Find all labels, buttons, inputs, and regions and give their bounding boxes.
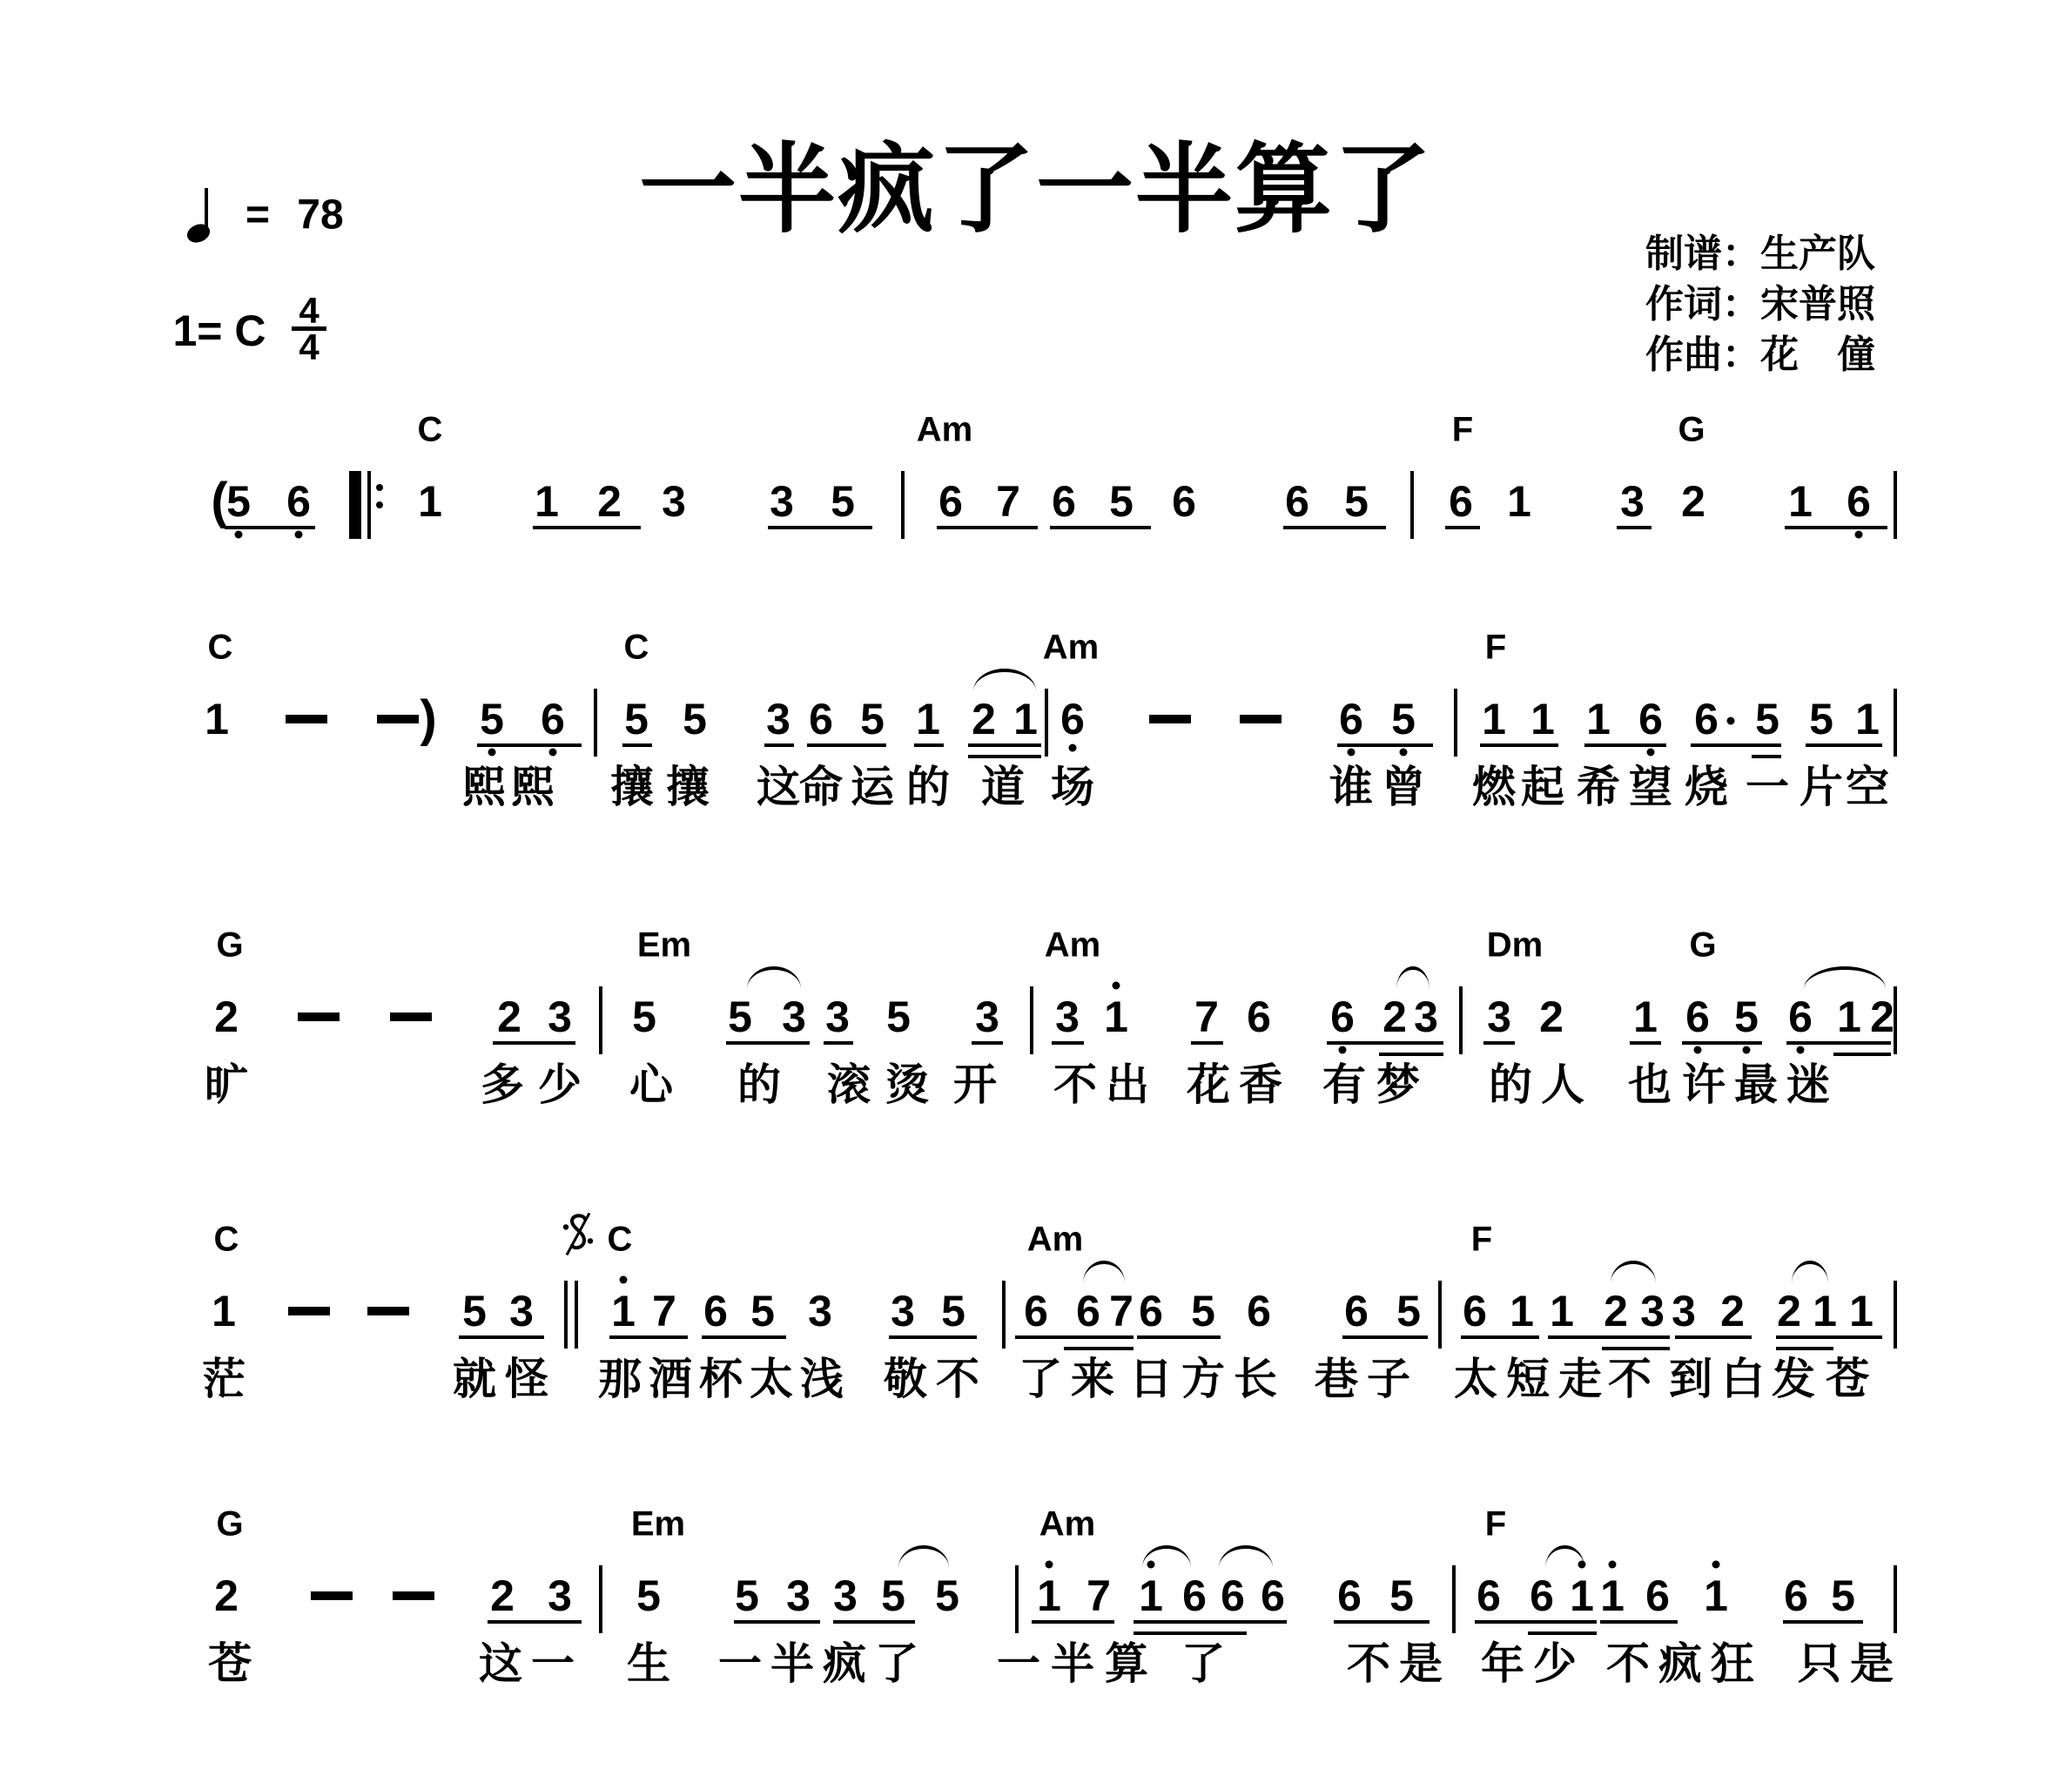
system-1-note-6: 6 <box>1847 480 1871 523</box>
system-5-lyric-char: 年 <box>1481 1642 1524 1685</box>
time-signature-bottom: 4 <box>299 326 319 368</box>
system-2-augmentation-dot <box>1727 717 1735 725</box>
system-5-lyric-char: 是 <box>1850 1642 1894 1685</box>
system-3-lyric-char: 烫 <box>885 1063 929 1107</box>
system-1-beam-underline <box>768 526 872 529</box>
system-3-note-3: 3 <box>1487 995 1511 1039</box>
system-3-note-2: 2 <box>1539 995 1564 1039</box>
system-2-lyric-char: 攘 <box>610 765 654 809</box>
system-4-note-2: 2 <box>1720 1289 1745 1333</box>
system-1-note-3: 3 <box>770 480 794 523</box>
system-4-lyric-char: 来 <box>1071 1357 1114 1401</box>
system-5-chord-Em: Em <box>631 1505 685 1544</box>
system-3-beam-underline <box>1833 1053 1891 1056</box>
system-3-dash <box>390 1012 432 1021</box>
system-2-dash <box>1240 715 1282 723</box>
system-2-beam-underline <box>622 743 652 747</box>
system-2-note-3: 3 <box>766 697 790 741</box>
system-5-chord-Am: Am <box>1039 1505 1095 1544</box>
system-4-beam-underline <box>1675 1335 1752 1339</box>
system-5-octave-dot-high <box>1712 1561 1720 1569</box>
system-2-chord-F: F <box>1485 629 1506 668</box>
system-4-note-7: 7 <box>1109 1289 1134 1333</box>
system-2-beam-underline <box>1691 743 1781 747</box>
system-4-lyric-char: 怪 <box>505 1357 548 1401</box>
system-2-lyric-char: 的 <box>906 765 950 809</box>
system-2-beam-underline <box>807 743 886 747</box>
system-3-tie-arc <box>1804 966 1886 989</box>
system-5-lyric-char: 只 <box>1798 1642 1841 1685</box>
system-2-lyric-char: 熙 <box>511 765 555 809</box>
system-5-dash <box>393 1591 434 1600</box>
system-4-note-1: 1 <box>1510 1289 1534 1333</box>
system-3-note-5: 5 <box>886 995 911 1039</box>
system-3-note-6: 6 <box>1685 995 1710 1039</box>
system-3-lyric-char: 的 <box>1489 1063 1532 1107</box>
system-2-paren: ) <box>420 694 436 744</box>
system-2-beam-underline <box>477 743 582 747</box>
system-2-lyric-char: 燃 <box>1472 765 1516 809</box>
system-3-note-3: 3 <box>825 995 850 1039</box>
system-2-beam-underline <box>1752 755 1781 758</box>
system-4-note-2: 2 <box>1604 1289 1628 1333</box>
system-2-note-5: 5 <box>860 697 885 741</box>
system-4-chord-C: C <box>608 1221 633 1260</box>
system-2-lyric-char: 攘 <box>666 765 710 809</box>
system-1-barline <box>1410 471 1414 539</box>
system-5-lyric-char: 苍 <box>208 1642 252 1685</box>
system-2-lyric-char: 这 <box>757 765 800 809</box>
system-5-note-1: 1 <box>1139 1574 1163 1618</box>
system-4-tie-arc <box>1792 1261 1828 1283</box>
system-5-chord-G: G <box>216 1505 243 1544</box>
system-4-beam-underline <box>702 1335 786 1339</box>
system-1-beam-underline <box>937 526 1038 529</box>
system-4-beam-underline <box>1776 1335 1882 1339</box>
system-1-beam-underline <box>1283 526 1386 529</box>
system-5-note-6: 6 <box>1784 1574 1808 1618</box>
system-2-chord-Am: Am <box>1043 629 1099 668</box>
system-3-lyric-char: 花 <box>1187 1063 1230 1107</box>
system-4-lyric-char: 敬 <box>884 1357 927 1401</box>
system-3-chord-G: G <box>216 926 243 965</box>
system-3-beam-underline <box>1052 1041 1084 1045</box>
system-5-lyric-char: 狂 <box>1711 1642 1754 1685</box>
system-4-lyric-char: 日 <box>1129 1357 1173 1401</box>
system-4-note-5: 5 <box>1396 1289 1421 1333</box>
system-4-double-barline <box>564 1281 568 1349</box>
system-3-chord-G: G <box>1689 926 1716 965</box>
system-4-note-3: 3 <box>891 1289 915 1333</box>
system-2-lyric-char: 道 <box>981 765 1025 809</box>
system-3-note-2: 2 <box>497 995 521 1039</box>
system-1-beam-underline <box>1617 526 1652 529</box>
system-2-note-5: 5 <box>624 697 649 741</box>
system-3-chord-Dm: Dm <box>1487 926 1543 965</box>
system-2-octave-dot-low <box>1348 749 1356 757</box>
system-5-lyric-char: 半 <box>1051 1642 1094 1685</box>
system-4-barline <box>1894 1281 1897 1349</box>
system-2-note-6: 6 <box>1339 697 1363 741</box>
system-3-note-6: 6 <box>1788 995 1813 1039</box>
system-3-beam-underline <box>1483 1041 1515 1045</box>
system-3-octave-dot-high <box>1113 982 1120 990</box>
system-2-note-1: 1 <box>916 697 940 741</box>
system-2-beam-underline <box>914 743 944 747</box>
system-5-chord-F: F <box>1485 1505 1506 1544</box>
system-4-lyric-char: 到 <box>1669 1357 1712 1401</box>
system-2-note-6: 6 <box>1060 697 1085 741</box>
system-4-beam-underline <box>1342 1335 1428 1339</box>
system-2-note-5: 5 <box>683 697 707 741</box>
system-5-lyric-char: 了 <box>1181 1642 1225 1685</box>
system-5-dash <box>311 1591 353 1600</box>
system-5-beam-underline <box>1334 1620 1430 1624</box>
system-2-octave-dot-low <box>1069 744 1077 752</box>
credit-composer: 作曲：花 僮 <box>1645 336 1875 374</box>
system-4-lyric-char: 太 <box>750 1357 793 1401</box>
system-2-note-1: 1 <box>1013 697 1038 741</box>
system-4-lyric-char: 不 <box>936 1357 979 1401</box>
system-3-tie-arc <box>747 966 801 989</box>
system-1-note-2: 2 <box>1681 480 1705 523</box>
system-3-lyric-char: 多 <box>481 1063 524 1107</box>
system-1-barline <box>1894 471 1897 539</box>
system-3-note-3: 3 <box>1055 995 1080 1039</box>
system-1-repeat-dot <box>376 484 383 491</box>
system-3-lyric-char: 迷 <box>1786 1063 1830 1107</box>
system-3-lyric-char: 有 <box>1322 1063 1366 1107</box>
system-2-beam-underline <box>968 755 1041 758</box>
system-1-note-6: 6 <box>1285 480 1309 523</box>
system-4-note-5: 5 <box>1191 1289 1215 1333</box>
system-4-lyric-char: 酒 <box>649 1357 692 1401</box>
system-3-chord-Em: Em <box>637 926 691 965</box>
system-4-beam-underline <box>1548 1335 1670 1339</box>
system-2-lyric-char: 希 <box>1577 765 1620 809</box>
credit-lyricist: 作词：宋普照 <box>1645 286 1875 324</box>
system-2-note-1: 1 <box>1482 697 1506 741</box>
system-3-barline <box>1459 986 1463 1054</box>
system-4-beam-underline <box>1137 1335 1221 1339</box>
system-5-lyric-char: 这 <box>479 1642 522 1685</box>
system-4-note-5: 5 <box>941 1289 965 1333</box>
system-2-beam-underline <box>1337 743 1433 747</box>
system-1-beam-underline <box>1445 526 1480 529</box>
system-1-chord-F: F <box>1452 411 1473 450</box>
system-5-lyric-char: 少 <box>1533 1642 1577 1685</box>
system-3-barline <box>599 986 602 1054</box>
system-4-note-1: 1 <box>1813 1289 1837 1333</box>
system-2-beam-underline <box>1806 743 1882 747</box>
system-2-note-6: 6 <box>541 697 565 741</box>
system-5-lyric-char: 是 <box>1399 1642 1443 1685</box>
system-5-lyric-char: 生 <box>627 1642 670 1685</box>
system-3-lyric-char: 心 <box>629 1063 673 1107</box>
system-4-chord-F: F <box>1471 1221 1492 1260</box>
system-3-lyric-char: 香 <box>1239 1063 1282 1107</box>
system-3-barline <box>1894 986 1897 1054</box>
system-3-lyric-char: 许 <box>1682 1063 1726 1107</box>
system-4-lyric-char: 杯 <box>699 1357 743 1401</box>
system-5-lyric-char: 了 <box>875 1642 918 1685</box>
system-1-repeat-thick-bar <box>349 471 361 539</box>
system-2-dash <box>286 715 327 723</box>
system-5-barline <box>1452 1565 1456 1633</box>
system-2-barline <box>1454 689 1457 757</box>
system-5-lyric-char: 疯 <box>823 1642 866 1685</box>
system-4-note-3: 3 <box>509 1289 534 1333</box>
system-4-note-6: 6 <box>1463 1289 1487 1333</box>
credit-arranger: 制谱：生产队 <box>1645 235 1875 273</box>
system-4-lyric-char: 了 <box>1019 1357 1062 1401</box>
system-1-note-5: 5 <box>1344 480 1369 523</box>
system-2-lyric-char: 熙 <box>462 765 506 809</box>
system-3-note-2: 2 <box>1382 995 1407 1039</box>
system-3-beam-underline <box>1682 1041 1762 1045</box>
system-3-note-5: 5 <box>728 995 752 1039</box>
system-4-lyric-char: 走 <box>1558 1357 1602 1401</box>
system-2-note-6: 6 <box>809 697 833 741</box>
system-3-beam-underline <box>493 1041 575 1045</box>
system-3-dash <box>298 1012 340 1021</box>
system-5-tie-arc <box>1219 1545 1273 1568</box>
system-2-barline <box>594 689 597 757</box>
system-3-note-5: 5 <box>632 995 656 1039</box>
system-3-lyric-char: 滚 <box>827 1063 871 1107</box>
system-2-chord-C: C <box>208 629 233 668</box>
system-3-lyric-char: 开 <box>953 1063 997 1107</box>
system-3-octave-dot-low <box>1694 1046 1702 1054</box>
system-1-note-1: 1 <box>535 480 559 523</box>
system-1-octave-dot-low <box>235 531 243 539</box>
system-4-lyric-char: 茫 <box>202 1357 246 1401</box>
system-4-note-6: 6 <box>1247 1289 1271 1333</box>
system-3-lyric-char: 出 <box>1106 1063 1149 1107</box>
system-4-beam-underline <box>1776 1347 1833 1350</box>
system-5-beam-underline <box>1528 1631 1597 1635</box>
system-2-octave-dot-low <box>488 749 496 757</box>
tempo-bpm: 78 <box>297 192 343 239</box>
system-4-lyric-char: 就 <box>453 1357 496 1401</box>
system-5-note-5: 5 <box>935 1574 959 1618</box>
system-5-note-1: 1 <box>1704 1574 1728 1618</box>
system-5-octave-dot-high <box>1609 1561 1617 1569</box>
system-4-note-6: 6 <box>1076 1289 1100 1333</box>
system-5-lyric-char: 不 <box>1606 1642 1650 1685</box>
system-3-lyric-char: 不 <box>1053 1063 1097 1107</box>
system-1-beam-underline <box>1050 526 1151 529</box>
system-5-lyric-char: 疯 <box>1658 1642 1702 1685</box>
system-3-note-1: 1 <box>1837 995 1861 1039</box>
system-2-lyric-char: 一 <box>1746 765 1789 809</box>
system-4-chord-C: C <box>214 1221 239 1260</box>
system-2-note-5: 5 <box>1391 697 1416 741</box>
system-3-note-3: 3 <box>975 995 999 1039</box>
system-1-chord-C: C <box>418 411 443 450</box>
system-2-octave-dot-low <box>1647 749 1655 757</box>
system-2-beam-underline <box>968 743 1041 747</box>
system-1-note-6: 6 <box>938 480 963 523</box>
system-2-lyric-char: 运 <box>851 765 894 809</box>
system-3-lyric-char: 最 <box>1734 1063 1778 1107</box>
system-1-note-3: 3 <box>1620 480 1645 523</box>
system-5-lyric-char: 一 <box>531 1642 575 1685</box>
system-1-barline <box>901 471 905 539</box>
system-3-beam-underline <box>726 1041 810 1045</box>
system-4-segno-icon <box>562 1212 595 1261</box>
system-4-barline <box>1002 1281 1006 1349</box>
system-5-note-7: 7 <box>1086 1574 1111 1618</box>
system-1-beam-underline <box>225 526 315 529</box>
system-5-note-1: 1 <box>1600 1574 1625 1618</box>
system-5-beam-underline <box>1600 1620 1678 1624</box>
system-5-beam-underline <box>488 1620 582 1624</box>
system-2-note-5: 5 <box>1755 697 1779 741</box>
system-4-note-2: 2 <box>1777 1289 1801 1333</box>
system-1-chord-Am: Am <box>917 411 972 450</box>
system-1-note-7: 7 <box>996 480 1020 523</box>
system-4-lyric-char: 白 <box>1721 1357 1765 1401</box>
system-5-beam-underline <box>1783 1620 1863 1624</box>
system-3-beam-underline <box>1379 1053 1443 1056</box>
system-5-note-6: 6 <box>1221 1574 1245 1618</box>
system-4-barline <box>1438 1281 1442 1349</box>
system-2-barline <box>1045 689 1048 757</box>
system-4-dash <box>288 1307 330 1315</box>
key-text: 1= C <box>172 306 266 356</box>
system-4-note-5: 5 <box>750 1289 775 1333</box>
system-2-lyric-char: 命 <box>799 765 843 809</box>
system-3-note-6: 6 <box>1247 995 1271 1039</box>
system-4-beam-underline <box>889 1335 977 1339</box>
system-3-beam-underline <box>824 1041 853 1045</box>
system-1-octave-dot-low <box>1855 531 1863 539</box>
system-4-note-6: 6 <box>1024 1289 1048 1333</box>
system-5-note-1: 1 <box>1037 1574 1061 1618</box>
system-3-note-1: 1 <box>1633 995 1658 1039</box>
system-3-beam-underline <box>1327 1041 1443 1045</box>
system-2-note-2: 2 <box>972 697 996 741</box>
system-2-lyric-char: 烧 <box>1685 765 1728 809</box>
system-4-tie-arc <box>1611 1261 1656 1283</box>
system-4-lyric-char: 太 <box>1454 1357 1497 1401</box>
system-5-note-3: 3 <box>786 1574 811 1618</box>
system-5-lyric-char: 半 <box>770 1642 814 1685</box>
system-5-note-5: 5 <box>1831 1574 1855 1618</box>
system-2-barline <box>1894 689 1897 757</box>
system-5-beam-underline <box>1032 1620 1114 1624</box>
system-3-lyric-char: 人 <box>1541 1063 1584 1107</box>
system-3-note-6: 6 <box>1330 995 1355 1039</box>
system-3-note-3: 3 <box>1414 995 1438 1039</box>
system-4-lyric-char: 长 <box>1234 1357 1277 1401</box>
system-2-note-1: 1 <box>205 697 229 741</box>
system-5-beam-underline <box>1134 1620 1287 1624</box>
system-3-beam-underline <box>1630 1041 1661 1045</box>
system-5-beam-underline <box>833 1620 915 1624</box>
system-2-tie-arc <box>973 669 1036 691</box>
system-2-chord-C: C <box>624 629 649 668</box>
system-1-note-2: 2 <box>597 480 622 523</box>
system-5-note-2: 2 <box>214 1574 239 1618</box>
system-3-note-1: 1 <box>1104 995 1128 1039</box>
system-3-octave-dot-low <box>1797 1046 1805 1054</box>
system-2-octave-dot-low <box>1400 749 1408 757</box>
system-2-dash <box>1149 715 1191 723</box>
system-4-beam-underline <box>1064 1347 1134 1350</box>
system-2-dash <box>377 715 419 723</box>
system-5-note-5: 5 <box>881 1574 905 1618</box>
system-4-lyric-char: 子 <box>1367 1357 1410 1401</box>
system-3-beam-underline <box>1191 1041 1223 1045</box>
system-5-note-5: 5 <box>1389 1574 1414 1618</box>
system-5-beam-underline <box>1475 1620 1597 1624</box>
system-4-note-3: 3 <box>1672 1289 1696 1333</box>
system-3-lyric-char: 的 <box>737 1063 781 1107</box>
system-2-lyric-char: 谁 <box>1329 765 1373 809</box>
system-5-tie-arc <box>898 1545 949 1568</box>
system-4-chord-Am: Am <box>1027 1221 1083 1260</box>
system-5-note-3: 3 <box>833 1574 858 1618</box>
system-3-lyric-char: 旷 <box>205 1063 248 1107</box>
system-4-lyric-char: 不 <box>1608 1357 1652 1401</box>
system-4-note-6: 6 <box>1139 1289 1163 1333</box>
system-4-lyric-char: 浅 <box>800 1357 844 1401</box>
system-5-note-6: 6 <box>1477 1574 1501 1618</box>
system-1-note-6: 6 <box>1052 480 1076 523</box>
system-4-note-1: 1 <box>1849 1289 1874 1333</box>
system-2-lyric-char: 曾 <box>1382 765 1425 809</box>
note-stem <box>205 188 208 233</box>
system-5-note-6: 6 <box>1645 1574 1670 1618</box>
system-2-note-1: 1 <box>1530 697 1555 741</box>
system-1-chord-G: G <box>1678 411 1705 450</box>
system-2-lyric-char: 场 <box>1051 765 1094 809</box>
system-3-note-2: 2 <box>214 995 239 1039</box>
system-4-lyric-char: 方 <box>1181 1357 1225 1401</box>
system-5-barline <box>1015 1565 1019 1633</box>
tempo-equals: = <box>246 192 270 239</box>
credits-block: 制谱：生产队 作词：宋普照 作曲：花 僮 <box>1645 235 1875 374</box>
system-5-barline <box>599 1565 602 1633</box>
system-4-note-6: 6 <box>1344 1289 1369 1333</box>
system-3-octave-dot-low <box>1339 1046 1347 1054</box>
system-1-octave-dot-low <box>295 531 303 539</box>
system-1-note-1: 1 <box>1788 480 1813 523</box>
system-1-note-6: 6 <box>286 480 311 523</box>
system-4-note-3: 3 <box>808 1289 832 1333</box>
system-4-beam-underline <box>609 1335 688 1339</box>
system-4-lyric-char: 苍 <box>1826 1357 1869 1401</box>
system-1-note-5: 5 <box>1109 480 1134 523</box>
system-1-note-1: 1 <box>1507 480 1531 523</box>
system-5-note-6: 6 <box>1530 1574 1554 1618</box>
system-4-note-1: 1 <box>611 1289 636 1333</box>
system-4-lyric-char: 那 <box>598 1357 642 1401</box>
system-3-note-2: 2 <box>1870 995 1894 1039</box>
system-5-tie-arc <box>1545 1545 1584 1568</box>
system-4-dash <box>367 1307 409 1315</box>
system-3-lyric-char: 梦 <box>1376 1063 1420 1107</box>
system-4-octave-dot-high <box>620 1276 628 1284</box>
system-5-lyric-char: 算 <box>1105 1642 1148 1685</box>
system-2-lyric-char: 片 <box>1800 765 1843 809</box>
system-3-beam-underline <box>972 1041 1003 1045</box>
system-4-beam-underline <box>1461 1335 1539 1339</box>
system-2-octave-dot-low <box>549 749 557 757</box>
system-3-octave-dot-low <box>1743 1046 1751 1054</box>
